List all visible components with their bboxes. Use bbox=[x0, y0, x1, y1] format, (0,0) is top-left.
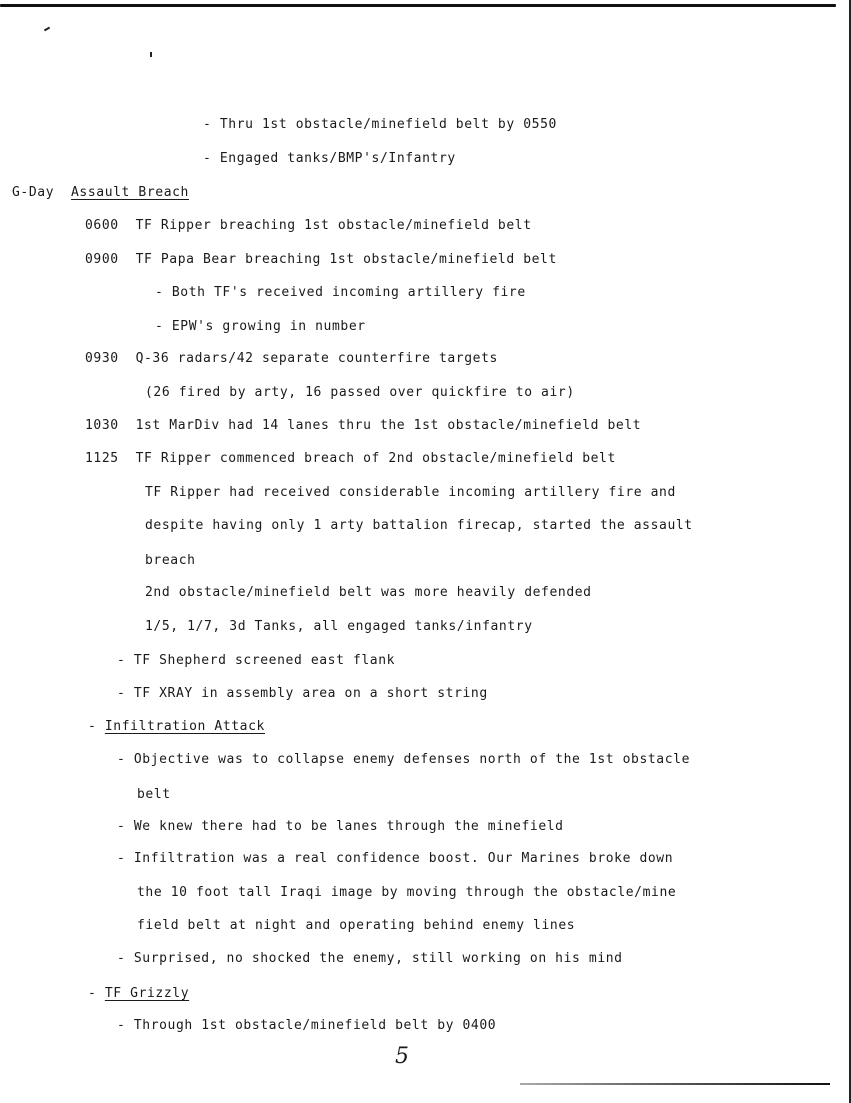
text-line: 2nd obstacle/minefield belt was more hea… bbox=[145, 585, 592, 601]
text-line: - Both TF's received incoming artillery … bbox=[155, 285, 526, 301]
scan-speck bbox=[44, 27, 50, 32]
text-line: - TF XRAY in assembly area on a short st… bbox=[117, 686, 488, 702]
timeline-entry: 0900 TF Papa Bear breaching 1st obstacle… bbox=[85, 252, 557, 268]
text-line: belt bbox=[137, 787, 171, 803]
subsection-heading: Infiltration Attack bbox=[105, 719, 265, 734]
text-line: despite having only 1 arty battalion fir… bbox=[145, 518, 693, 534]
text-line: - Infiltration was a real confidence boo… bbox=[117, 851, 673, 867]
timeline-entry: 1030 1st MarDiv had 14 lanes thru the 1s… bbox=[85, 418, 641, 434]
subsection-heading: TF Grizzly bbox=[105, 986, 189, 1001]
page-number: 5 bbox=[395, 1044, 410, 1069]
entry-text: 1st MarDiv had 14 lanes thru the 1st obs… bbox=[136, 418, 642, 433]
entry-text: TF Ripper commenced breach of 2nd obstac… bbox=[136, 451, 616, 466]
section-heading-row: G-Day Assault Breach bbox=[12, 185, 189, 201]
entry-time: 0900 bbox=[85, 252, 119, 267]
timeline-entry: 0600 TF Ripper breaching 1st obstacle/mi… bbox=[85, 218, 532, 234]
scan-speck bbox=[150, 52, 152, 57]
dash: - bbox=[88, 719, 105, 734]
text-line: - Thru 1st obstacle/minefield belt by 05… bbox=[203, 117, 557, 133]
section-heading: Assault Breach bbox=[71, 185, 189, 200]
text-line: the 10 foot tall Iraqi image by moving t… bbox=[137, 885, 676, 901]
text-line: - TF Shepherd screened east flank bbox=[117, 653, 395, 669]
text-line: - Engaged tanks/BMP's/Infantry bbox=[203, 151, 456, 167]
text-line: - Objective was to collapse enemy defens… bbox=[117, 752, 690, 768]
timeline-entry: 1125 TF Ripper commenced breach of 2nd o… bbox=[85, 451, 616, 467]
text-line: (26 fired by arty, 16 passed over quickf… bbox=[145, 385, 575, 401]
entry-time: 0930 bbox=[85, 351, 119, 366]
subsection-heading-row: - Infiltration Attack bbox=[88, 719, 265, 735]
subsection-heading-row: - TF Grizzly bbox=[88, 986, 189, 1002]
dash: - bbox=[88, 986, 105, 1001]
entry-text: TF Ripper breaching 1st obstacle/minefie… bbox=[136, 218, 532, 233]
entry-time: 1125 bbox=[85, 451, 119, 466]
text-line: - EPW's growing in number bbox=[155, 319, 366, 335]
text-line: - Through 1st obstacle/minefield belt by… bbox=[117, 1018, 496, 1034]
text-line: - We knew there had to be lanes through … bbox=[117, 819, 564, 835]
text-line: - Surprised, no shocked the enemy, still… bbox=[117, 951, 623, 967]
entry-text: Q-36 radars/42 separate counterfire targ… bbox=[136, 351, 498, 366]
entry-time: 0600 bbox=[85, 218, 119, 233]
text-line: breach bbox=[145, 553, 196, 569]
text-line: TF Ripper had received considerable inco… bbox=[145, 485, 676, 501]
scan-bottom-border bbox=[520, 1083, 830, 1085]
entry-time: 1030 bbox=[85, 418, 119, 433]
text-line: field belt at night and operating behind… bbox=[137, 918, 575, 934]
day-label: G-Day bbox=[12, 185, 54, 200]
entry-text: TF Papa Bear breaching 1st obstacle/mine… bbox=[136, 252, 557, 267]
text-line: 1/5, 1/7, 3d Tanks, all engaged tanks/in… bbox=[145, 619, 533, 635]
scan-top-border bbox=[0, 4, 836, 7]
timeline-entry: 0930 Q-36 radars/42 separate counterfire… bbox=[85, 351, 498, 367]
